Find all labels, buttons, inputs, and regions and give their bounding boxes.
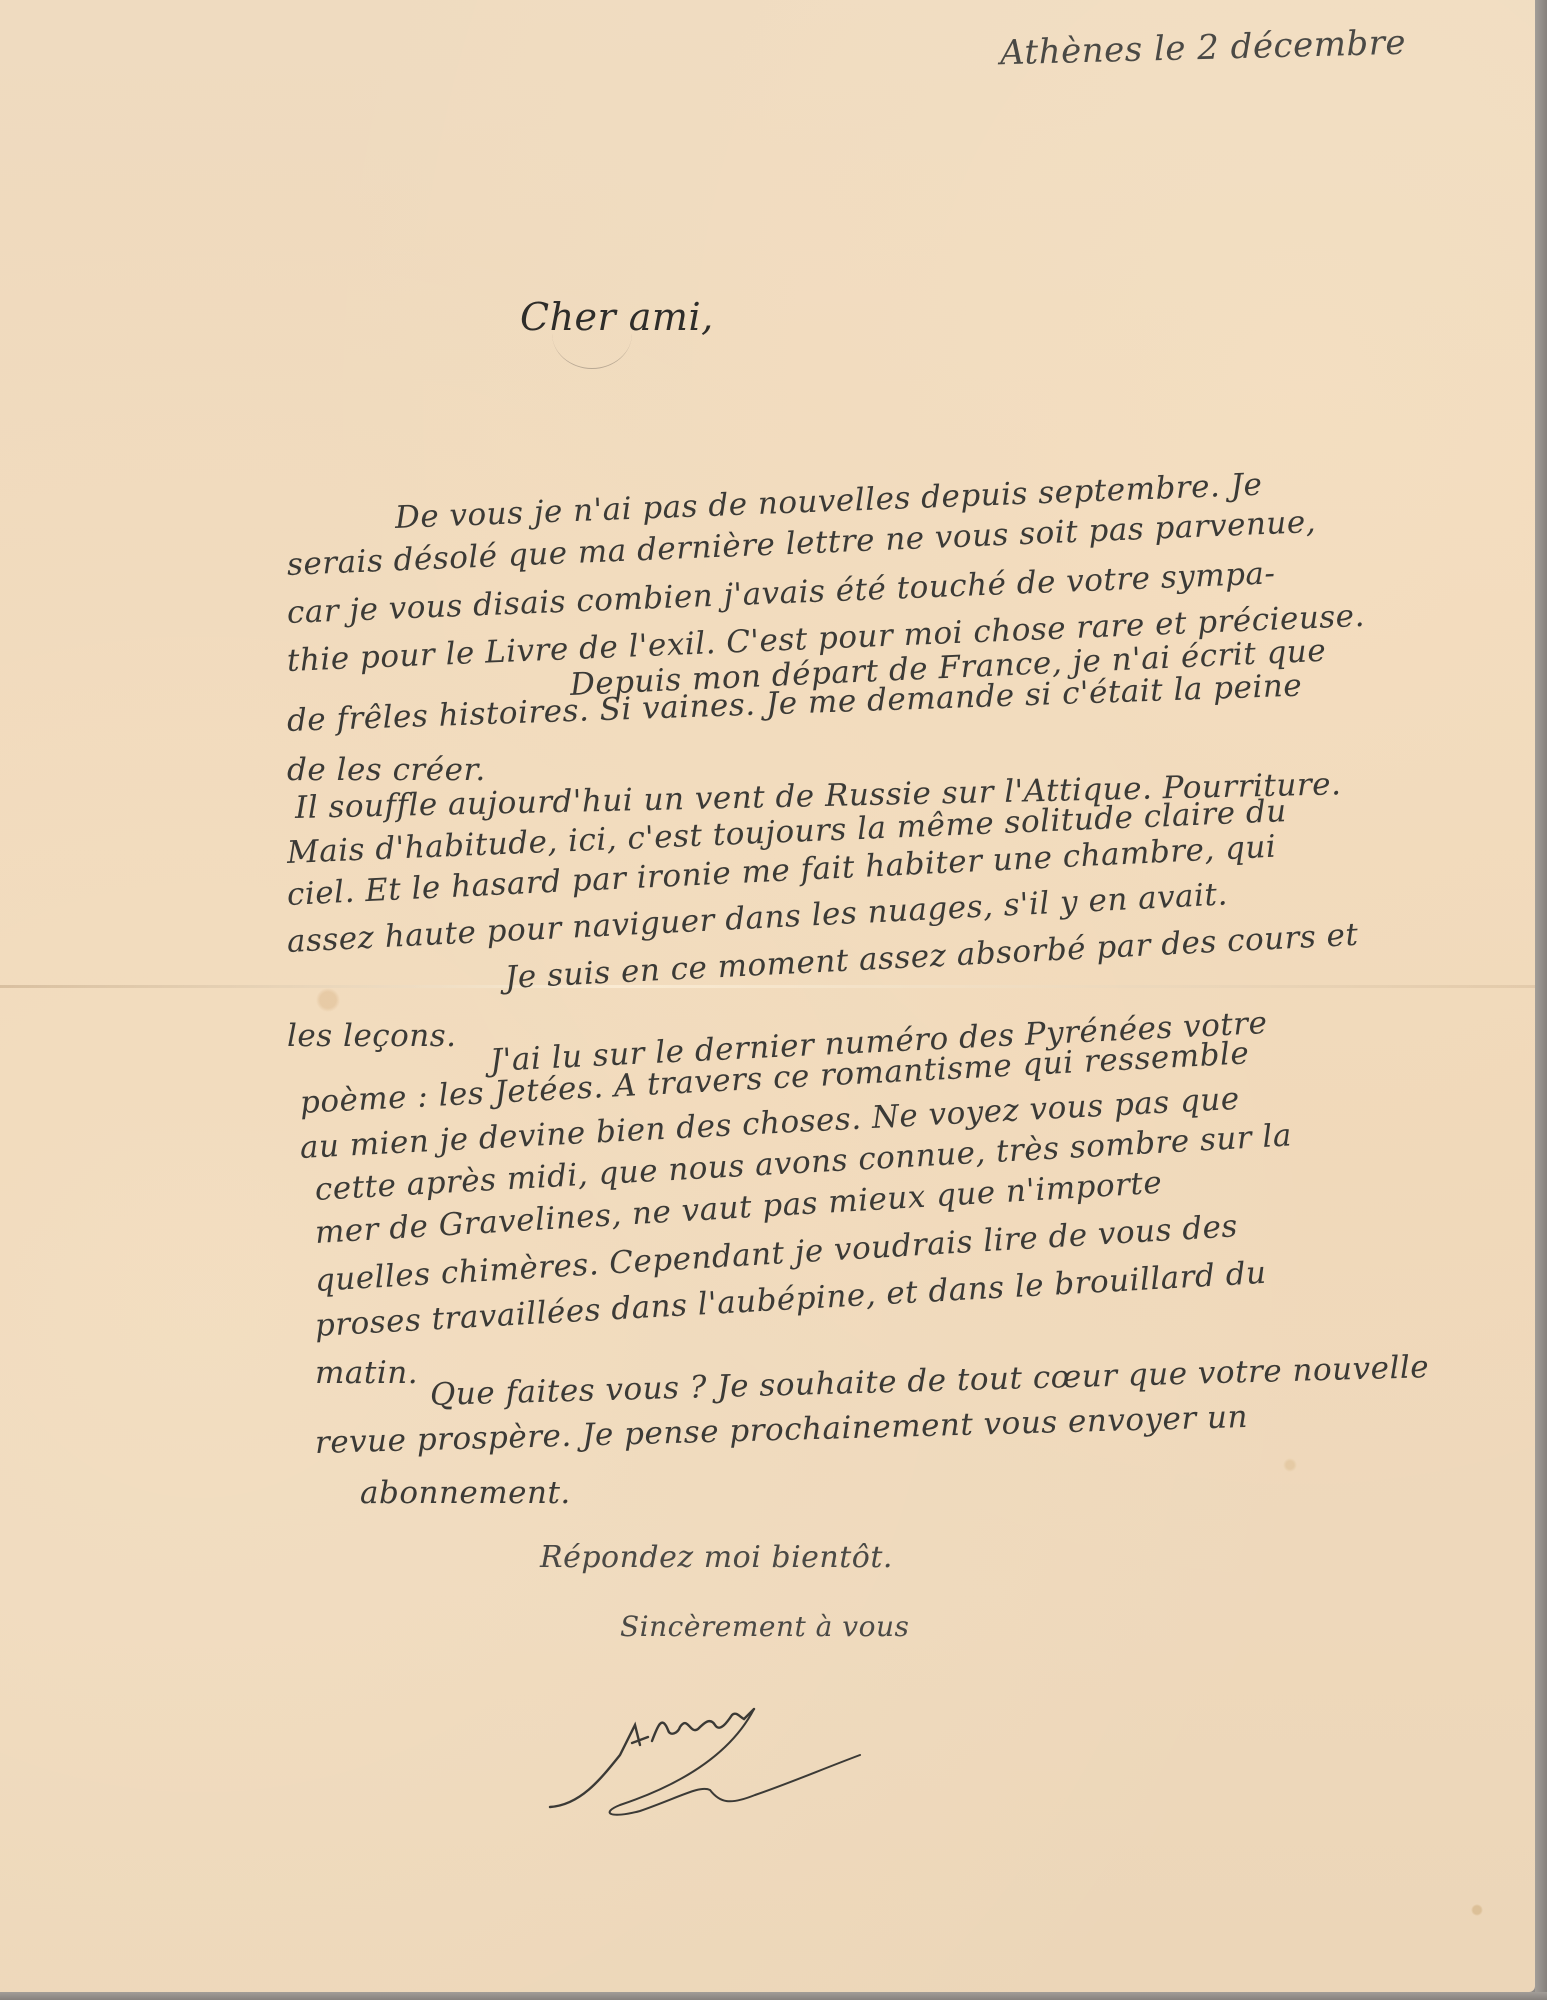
- closing-line-reply: Répondez moi bientôt.: [540, 1540, 893, 1575]
- body-line: Que faites vous ? Je souhaite de tout cœ…: [429, 1349, 1429, 1413]
- body-line: abonnement.: [360, 1475, 571, 1511]
- body-line: matin.: [315, 1355, 418, 1391]
- salutation: Cher ami,: [520, 295, 714, 339]
- paper-fold-line: [0, 985, 1535, 988]
- body-line: de les créer.: [287, 752, 486, 788]
- scan-border-right: [1535, 0, 1547, 2000]
- body-line: les leçons.: [287, 1018, 457, 1054]
- letter-sheet: Athènes le 2 décembre Cher ami, De vous …: [0, 0, 1535, 1992]
- closing-line-sincerely: Sincèrement à vous: [620, 1610, 909, 1643]
- date-line: Athènes le 2 décembre: [1000, 23, 1407, 74]
- signature-flourish: [540, 1685, 880, 1825]
- scan-border-bottom: [0, 1992, 1547, 2000]
